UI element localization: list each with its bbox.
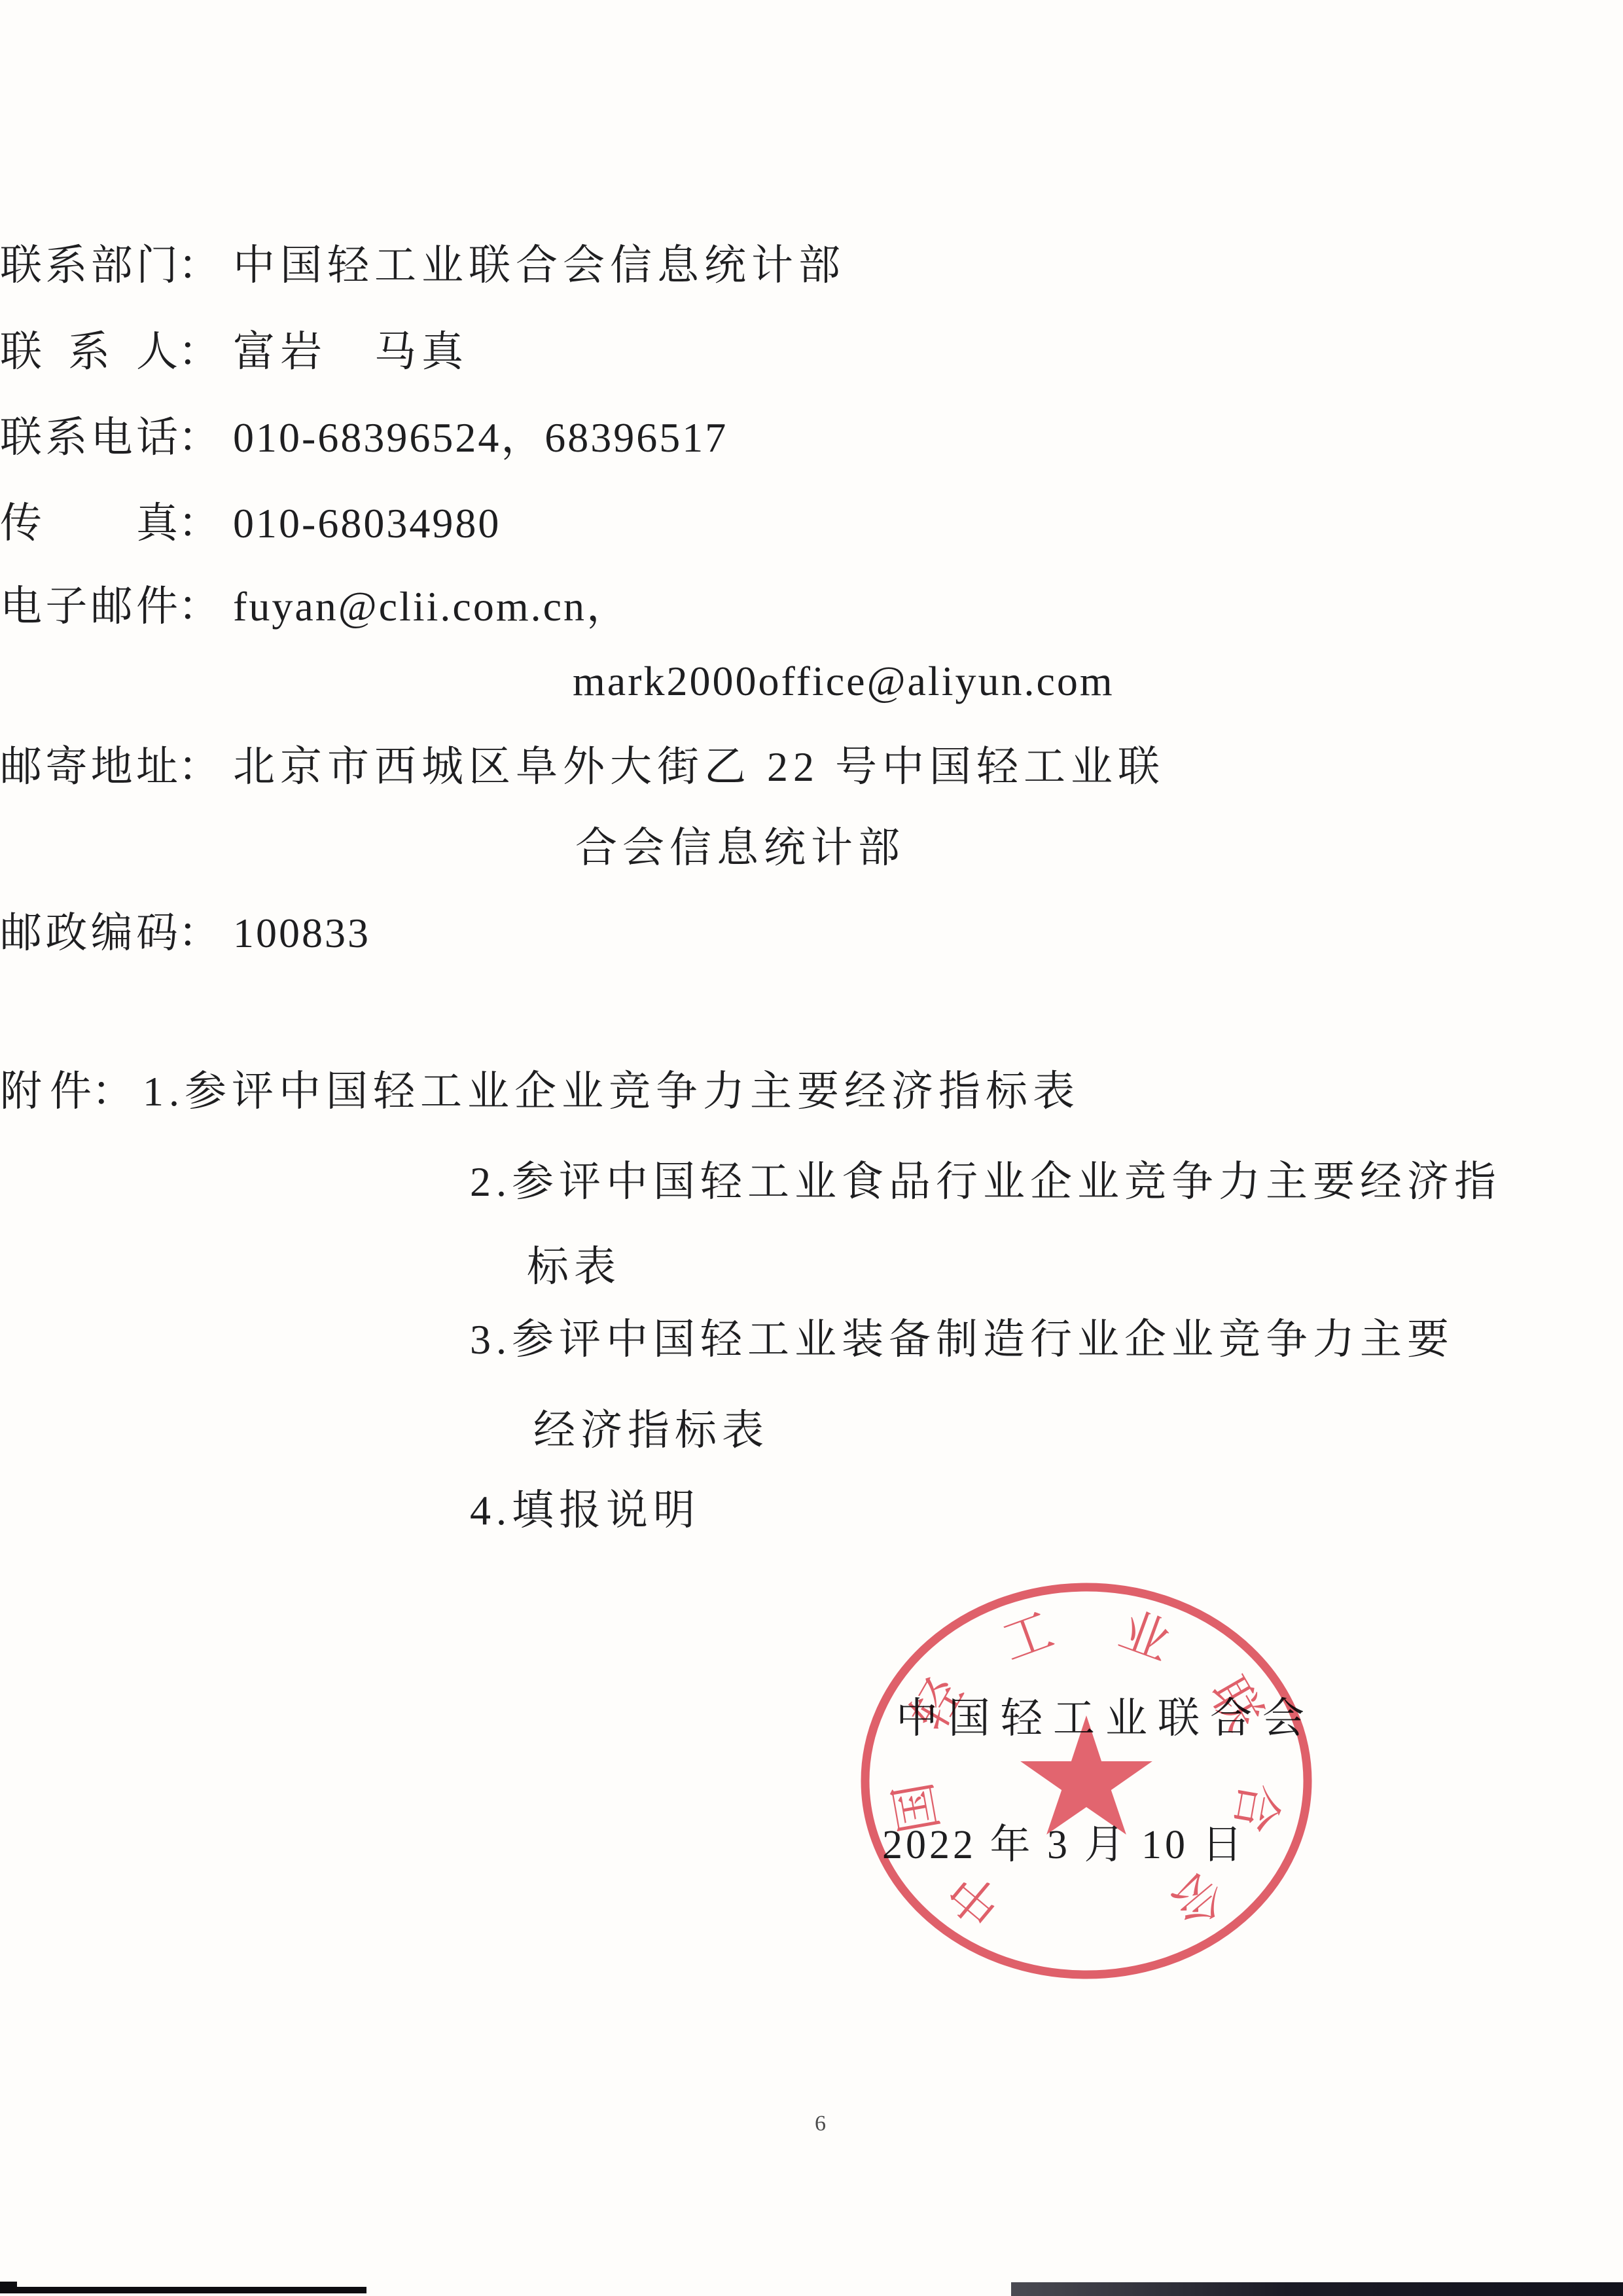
label-char: 电 xyxy=(91,404,133,464)
contact-row-address: 邮寄地址：北京市西城区阜外大街乙 22 号中国轻工业联 xyxy=(0,733,1165,793)
contact-row-fax: 传真：010-68034980 xyxy=(0,490,501,550)
field-label: 电子邮件 xyxy=(0,573,178,633)
attachment-item: 3.参评中国轻工业装备制造行业企业竞争力主要 xyxy=(470,1306,1454,1366)
label-char: 子 xyxy=(45,573,87,633)
field-label: 邮政编码 xyxy=(0,899,178,960)
label-char: 编 xyxy=(91,899,133,960)
field-value: 富岩 马真 xyxy=(233,318,469,378)
field-label: 联系部门 xyxy=(0,232,178,292)
email-line-2: mark2000office@aliyun.com xyxy=(573,657,1115,706)
scanned-letter-page: 联系部门：中国轻工业联合会信息统计部 联系人：富岩 马真 联系电话：010-68… xyxy=(0,0,1623,2296)
field-value: 010-68034980 xyxy=(233,499,501,548)
label-colon: ： xyxy=(178,404,215,464)
scan-artifact-bottom-right-line xyxy=(1011,2282,1623,2296)
label-char: 件 xyxy=(50,1058,92,1118)
field-label: 联系电话 xyxy=(0,404,178,464)
attachment-item: 4.填报说明 xyxy=(470,1477,700,1537)
label-char: 系 xyxy=(68,318,110,378)
label-char: 邮 xyxy=(91,573,133,633)
field-value: fuyan@clii.com.cn， xyxy=(233,573,630,633)
attachment-item-continuation: 标表 xyxy=(527,1233,621,1293)
field-value: 010-68396524，68396517 xyxy=(233,404,728,464)
label-colon: ： xyxy=(92,1058,128,1118)
label-colon: ： xyxy=(178,232,215,292)
label-char: 地 xyxy=(91,733,133,793)
label-char: 件 xyxy=(136,573,178,633)
address-line-2: 合会信息统计部 xyxy=(575,814,905,874)
field-value: 中国轻工业联合会信息统计部 xyxy=(233,232,846,292)
attachment-item: 1.参评中国轻工业企业竞争力主要经济指标表 xyxy=(143,1058,1080,1118)
label-char: 门 xyxy=(136,232,178,292)
label-char: 邮 xyxy=(0,733,42,793)
contact-row-person: 联系人：富岩 马真 xyxy=(0,318,469,378)
label-char: 联 xyxy=(0,404,42,464)
label-char: 人 xyxy=(136,318,178,378)
field-label: 联系人 xyxy=(0,318,178,378)
contact-row-phone: 联系电话：010-68396524，68396517 xyxy=(0,404,728,464)
label-colon: ： xyxy=(178,318,215,378)
label-char: 址 xyxy=(136,733,178,793)
label-colon: ： xyxy=(178,573,215,633)
field-label: 邮寄地址 xyxy=(0,733,178,793)
field-label: 传真 xyxy=(0,490,178,550)
label-char: 寄 xyxy=(45,733,87,793)
page-number: 6 xyxy=(815,2111,826,2136)
attachment-item-continuation: 经济指标表 xyxy=(533,1397,769,1457)
label-char: 传 xyxy=(0,490,42,550)
attachment-item: 2.参评中国轻工业食品行业企业竞争力主要经济指 xyxy=(470,1148,1501,1208)
label-char: 政 xyxy=(45,899,87,960)
official-stamp: 中国轻工业联合会 xyxy=(851,1571,1322,1991)
field-value: 100833 xyxy=(233,909,370,958)
label-char: 系 xyxy=(45,404,87,464)
contact-row-postcode: 邮政编码：100833 xyxy=(0,899,370,960)
contact-row-department: 联系部门：中国轻工业联合会信息统计部 xyxy=(0,232,846,292)
label-char: 联 xyxy=(0,232,42,292)
label-char: 真 xyxy=(136,490,178,550)
label-char: 系 xyxy=(45,232,87,292)
attachments-row-1: 附件：1.参评中国轻工业企业竞争力主要经济指标表 xyxy=(0,1058,1080,1118)
attachments-label: 附件 xyxy=(0,1058,92,1118)
label-char: 码 xyxy=(136,899,178,960)
scan-artifact-bottom-left-line xyxy=(0,2287,366,2293)
label-colon: ： xyxy=(178,490,215,550)
scan-artifact-corner-blob xyxy=(0,2282,17,2293)
label-char: 电 xyxy=(0,573,42,633)
label-colon: ： xyxy=(178,733,215,793)
label-colon: ： xyxy=(178,899,215,960)
contact-row-email: 电子邮件：fuyan@clii.com.cn， xyxy=(0,573,630,633)
field-value: 北京市西城区阜外大街乙 22 号中国轻工业联 xyxy=(233,733,1165,793)
label-char: 邮 xyxy=(0,899,42,960)
label-char: 附 xyxy=(0,1058,42,1118)
label-char: 联 xyxy=(0,318,42,378)
label-char: 部 xyxy=(91,232,133,292)
label-char: 话 xyxy=(136,404,178,464)
